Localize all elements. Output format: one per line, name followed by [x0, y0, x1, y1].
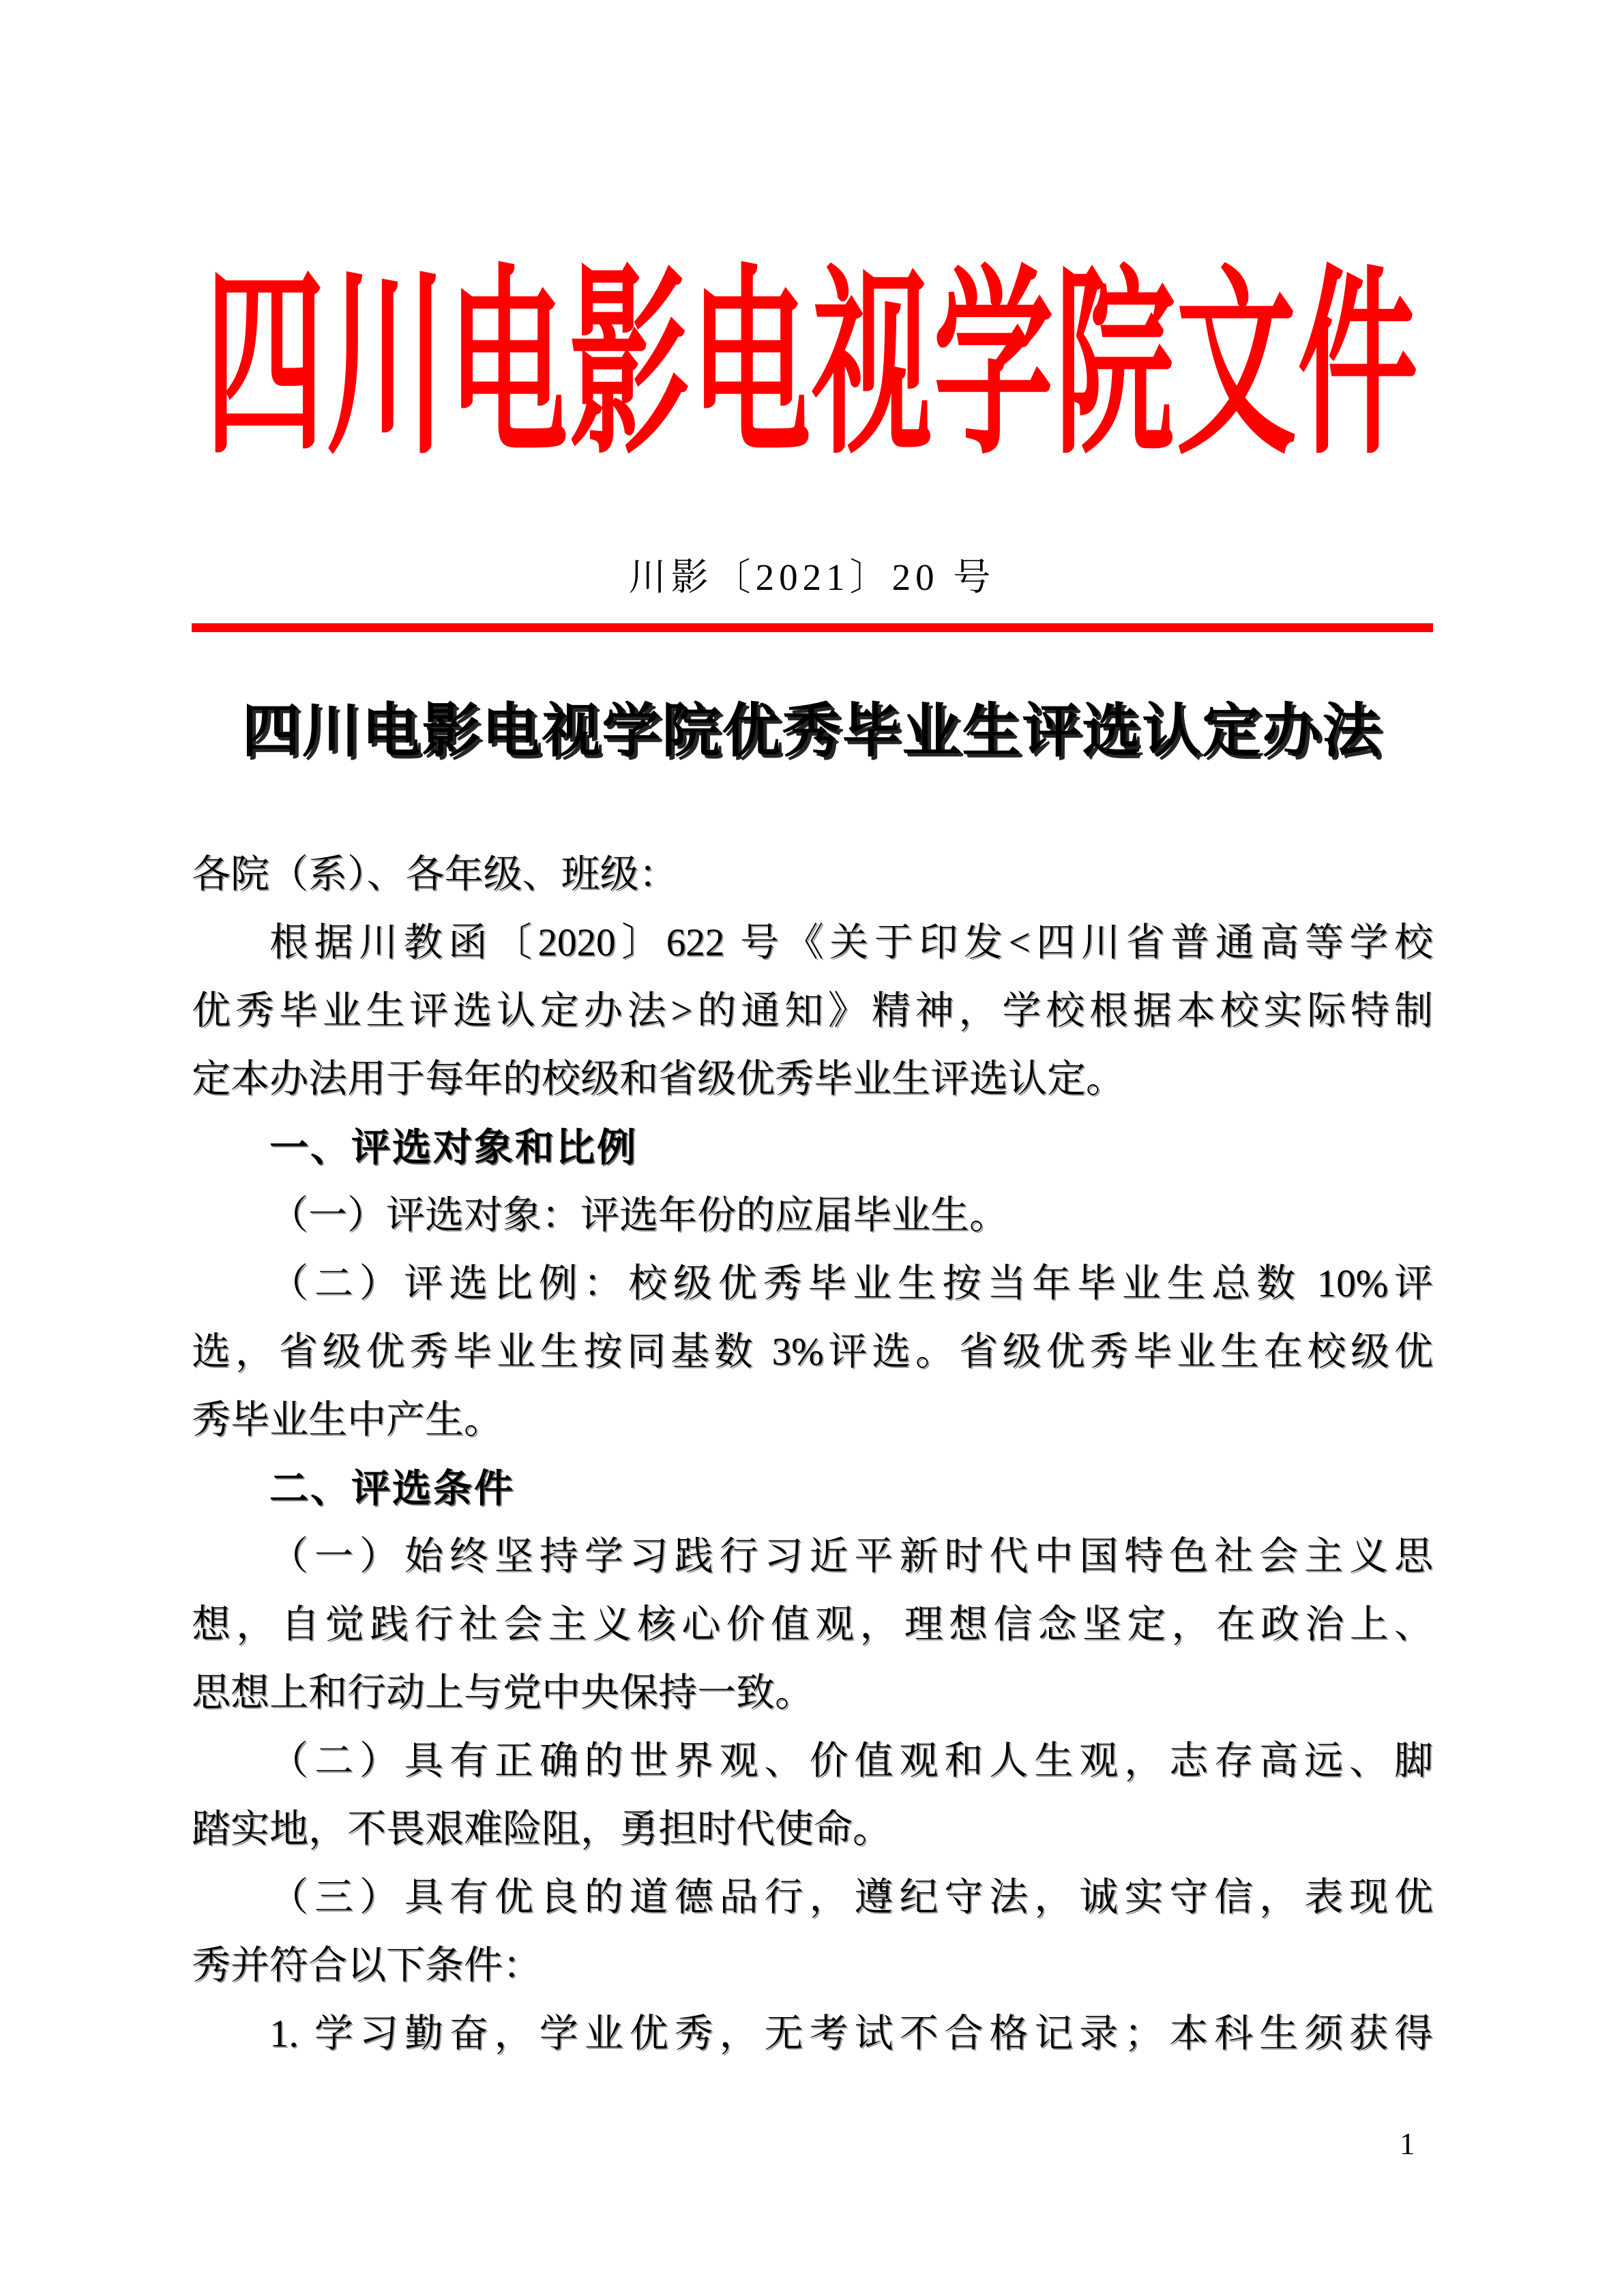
document-number: 川影〔2021〕20 号: [0, 556, 1624, 599]
body-line: 1. 学习勤奋，学业优秀，无考试不合格记录；本科生须获得: [192, 2000, 1433, 2068]
body-line: 踏实地，不畏艰难险阻，勇担时代使命。: [192, 1795, 1433, 1864]
body-line: 定本办法用于每年的校级和省级优秀毕业生评选认定。: [192, 1045, 1433, 1114]
body-line: 秀并符合以下条件：: [192, 1932, 1433, 2000]
section-heading-2: 二、评选条件: [192, 1455, 1433, 1523]
page-number: 1: [1400, 2126, 1415, 2162]
body-line: 想，自觉践行社会主义核心价值观，理想信念坚定，在政治上、: [192, 1591, 1433, 1659]
body-line: 选，省级优秀毕业生按同基数 3%评选。省级优秀毕业生在校级优: [192, 1318, 1433, 1386]
body-line: 优秀毕业生评选认定办法>的通知》精神，学校根据本校实际特制: [192, 977, 1433, 1045]
section-heading-1: 一、评选对象和比例: [192, 1114, 1433, 1182]
red-header-title: 四川电影电视学院文件: [0, 265, 1624, 471]
document-page: 四川电影电视学院文件 川影〔2021〕20 号 四川电影电视学院优秀毕业生评选认…: [0, 0, 1624, 2296]
body-line: （一）评选对象：评选年份的应届毕业生。: [192, 1182, 1433, 1250]
body-line-salutation: 各院（系）、各年级、班级：: [192, 841, 1433, 909]
document-body: 各院（系）、各年级、班级： 根据川教函〔2020〕622 号《关于印发<四川省普…: [192, 841, 1433, 2068]
body-line: （二）具有正确的世界观、价值观和人生观，志存高远、脚: [192, 1727, 1433, 1795]
document-title: 四川电影电视学院优秀毕业生评选认定办法: [0, 697, 1624, 765]
body-line: 根据川教函〔2020〕622 号《关于印发<四川省普通高等学校: [192, 909, 1433, 977]
red-separator-line: [192, 623, 1433, 632]
body-line: 思想上和行动上与党中央保持一致。: [192, 1659, 1433, 1727]
body-line: （二）评选比例：校级优秀毕业生按当年毕业生总数 10%评: [192, 1250, 1433, 1318]
body-line: （一）始终坚持学习践行习近平新时代中国特色社会主义思: [192, 1523, 1433, 1591]
body-line: （三）具有优良的道德品行，遵纪守法，诚实守信，表现优: [192, 1864, 1433, 1932]
body-line: 秀毕业生中产生。: [192, 1386, 1433, 1455]
